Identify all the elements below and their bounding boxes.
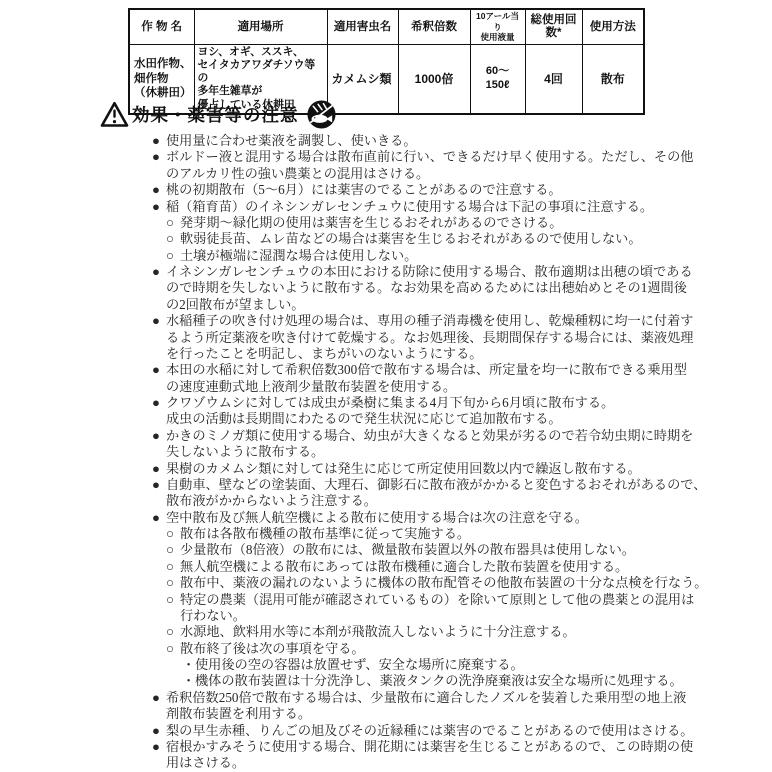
list-item: ●ボルドー液と混用する場合は散布直前に行い、できるだけ早く使用する。ただし、その… — [152, 149, 752, 182]
list-item: ●空中散布及び無人航空機による散布に使用する場合は次の注意を守る。 — [152, 510, 752, 526]
bullet-marker: ● — [152, 182, 166, 198]
item-text: 使用後の空の容器は放置せず、安全な場所に廃棄する。 — [195, 657, 524, 672]
list-item: ●イネシンガレセンチュウの本田における防除に使用する場合、散布適期は出穂の頃であ… — [152, 264, 752, 313]
fish-spray-prohibition-icon — [306, 99, 337, 130]
col-header-volume: 10アール当り 使用液量 — [470, 9, 525, 44]
item-text: 土壌が極端に湿潤な場合は使用しない。 — [180, 248, 417, 263]
item-text: 無人航空機による散布にあっては散布機種に適合した散布装置を使用する。 — [180, 559, 628, 574]
item-text: 梨の早生赤種、りんごの旭及びその近縁種には薬害のでることがあるので使用はさける。 — [166, 723, 694, 738]
list-item: ○散布中、薬液の漏れのないように機体の散布配管その他散布装置の十分な点検を行なう… — [166, 575, 752, 591]
bullet-marker: ● — [152, 477, 166, 493]
cell-dilution: 1000倍 — [398, 44, 470, 113]
list-item: ・機体の散布装置は十分洗浄し、薬液タンクの洗浄廃棄液は安全な場所に処理する。 — [182, 673, 752, 689]
item-text: 桃の初期散布（5～6月）には薬害のでることがあるので注意する。 — [166, 182, 562, 197]
bullet-marker: ・ — [182, 673, 195, 689]
bullet-marker: ● — [152, 461, 166, 477]
item-text: 水源地、飲料用水等に本剤が飛散流入しないように十分注意する。 — [180, 624, 576, 639]
document-page: { "colors": { "background": "#ffffff", "… — [0, 0, 772, 772]
table-header-row: 作 物 名 適用場所 適用害虫名 希釈倍数 10アール当り 使用液量 総使用回数… — [129, 9, 644, 44]
list-item: ○散布終了後は次の事項を守る。 — [166, 641, 752, 657]
caution-list: ●使用量に合わせ薬液を調製し、使いきる。●ボルドー液と混用する場合は散布直前に行… — [152, 133, 752, 772]
col-header-method: 使用方法 — [582, 9, 644, 44]
cell-count: 4回 — [525, 44, 582, 113]
bullet-marker: ○ — [166, 592, 180, 608]
list-item: ○水源地、飲料用水等に本剤が飛散流入しないように十分注意する。 — [166, 624, 752, 640]
list-item: ○散布は各散布機種の散布基準に従って実施する。 — [166, 526, 752, 542]
item-text: 軟弱徒長苗、ムレ苗などの場合は薬害を生じるおそれがあるので使用しない。 — [180, 231, 642, 246]
list-item: ●宿根かすみそうに使用する場合、開花期には薬害を生じることがあるので、この時期の… — [152, 739, 752, 772]
list-item: ●果樹のカメムシ類に対しては発生に応じて所定使用回数以内で繰返し散布する。 — [152, 461, 752, 477]
item-text: 本田の水稲に対して希釈倍数300倍で散布する場合は、所定量を均一に散布できる乗用… — [166, 362, 687, 393]
col-header-place: 適用場所 — [194, 9, 327, 44]
col-header-dilution: 希釈倍数 — [398, 9, 470, 44]
col-header-pest: 適用害虫名 — [327, 9, 398, 44]
list-item: ●梨の早生赤種、りんごの旭及びその近縁種には薬害のでることがあるので使用はさける… — [152, 723, 752, 739]
list-item: ○特定の農薬（混用可能が確認されているもの）を除いて原則として他の農薬との混用は… — [166, 592, 752, 625]
item-text: イネシンガレセンチュウの本田における防除に使用する場合、散布適期は出穂の頃である… — [166, 264, 693, 312]
bullet-marker: ○ — [166, 641, 180, 657]
list-item: ○軟弱徒長苗、ムレ苗などの場合は薬害を生じるおそれがあるので使用しない。 — [166, 231, 752, 247]
item-text: 発芽期～緑化期の使用は薬害を生じるおそれがあるのでさける。 — [180, 215, 562, 230]
item-text: クワゾウムシに対しては成虫が桑樹に集まる4月下旬から6月頃に散布する。 成虫の活… — [166, 395, 614, 426]
bullet-marker: ○ — [166, 559, 180, 575]
bullet-marker: ● — [152, 428, 166, 444]
list-item: ●使用量に合わせ薬液を調製し、使いきる。 — [152, 133, 752, 149]
bullet-marker: ● — [152, 313, 166, 329]
list-item: ●自動車、壁などの塗装面、大理石、御影石に散布液がかかると変色するおそれがあるの… — [152, 477, 752, 510]
bullet-marker: ● — [152, 199, 166, 215]
bullet-marker: ○ — [166, 624, 180, 640]
warning-triangle-icon — [100, 101, 129, 128]
item-text: 散布は各散布機種の散布基準に従って実施する。 — [180, 526, 470, 541]
item-text: 空中散布及び無人航空機による散布に使用する場合は次の注意を守る。 — [166, 510, 588, 525]
cell-pest: カメムシ類 — [327, 44, 398, 113]
bullet-marker: ● — [152, 264, 166, 280]
bullet-marker: ○ — [166, 231, 180, 247]
item-text: 散布中、薬液の漏れのないように機体の散布配管その他散布装置の十分な点検を行なう。 — [180, 575, 708, 590]
item-text: かきのミノガ類に使用する場合、幼虫が大きくなると効果が劣るので若令幼虫期に時期を… — [166, 428, 693, 459]
item-text: 使用量に合わせ薬液を調製し、使いきる。 — [166, 133, 417, 148]
bullet-marker: ● — [152, 133, 166, 149]
cell-volume: 60～ 150ℓ — [470, 44, 525, 113]
col-header-crop: 作 物 名 — [129, 9, 194, 44]
item-text: 水稲種子の吹き付け処理の場合は、専用の種子消毒機を使用し、乾燥種籾に均一に付着す… — [166, 313, 694, 361]
list-item: ○無人航空機による散布にあっては散布機種に適合した散布装置を使用する。 — [166, 559, 752, 575]
bullet-marker: ● — [152, 739, 166, 755]
bullet-marker: ● — [152, 395, 166, 411]
item-text: ボルドー液と混用する場合は散布直前に行い、できるだけ早く使用する。ただし、その他… — [166, 149, 694, 180]
list-item: ・使用後の空の容器は放置せず、安全な場所に廃棄する。 — [182, 657, 752, 673]
bullet-marker: ● — [152, 510, 166, 526]
bullet-marker: ● — [152, 362, 166, 378]
caution-heading: 効果・薬害等の注意 — [100, 97, 337, 131]
bullet-marker: ○ — [166, 248, 180, 264]
col-header-count: 総使用回数* — [525, 9, 582, 44]
bullet-marker: ○ — [166, 526, 180, 542]
item-text: 特定の農薬（混用可能が確認されているもの）を除いて原則として他の農薬との混用は … — [180, 592, 694, 623]
item-text: 自動車、壁などの塗装面、大理石、御影石に散布液がかかると変色するおそれがあるので… — [166, 477, 706, 508]
item-text: 散布終了後は次の事項を守る。 — [180, 641, 365, 656]
cell-method: 散布 — [582, 44, 644, 113]
bullet-marker: ● — [152, 723, 166, 739]
item-text: 稲（箱育苗）のイネシンガレセンチュウに使用する場合は下記の事項に注意する。 — [166, 199, 653, 214]
bullet-marker: ● — [152, 690, 166, 706]
item-text: 少量散布（8倍液）の散布には、微量散布装置以外の散布器具は使用しない。 — [180, 542, 635, 557]
list-item: ○少量散布（8倍液）の散布には、微量散布装置以外の散布器具は使用しない。 — [166, 542, 752, 558]
item-text: 宿根かすみそうに使用する場合、開花期には薬害を生じることがあるので、この時期の使… — [166, 739, 693, 770]
list-item: ●本田の水稲に対して希釈倍数300倍で散布する場合は、所定量を均一に散布できる乗… — [152, 362, 752, 395]
list-item: ●水稲種子の吹き付け処理の場合は、専用の種子消毒機を使用し、乾燥種籾に均一に付着… — [152, 313, 752, 362]
item-text: 機体の散布装置は十分洗浄し、薬液タンクの洗浄廃棄液は安全な場所に処理する。 — [195, 673, 683, 688]
item-text: 果樹のカメムシ類に対しては発生に応じて所定使用回数以内で繰返し散布する。 — [166, 461, 641, 476]
list-item: ●かきのミノガ類に使用する場合、幼虫が大きくなると効果が劣るので若令幼虫期に時期… — [152, 428, 752, 461]
bullet-marker: ・ — [182, 657, 195, 673]
list-item: ●クワゾウムシに対しては成虫が桑樹に集まる4月下旬から6月頃に散布する。 成虫の… — [152, 395, 752, 428]
bullet-marker: ○ — [166, 215, 180, 231]
list-item: ●稲（箱育苗）のイネシンガレセンチュウに使用する場合は下記の事項に注意する。 — [152, 199, 752, 215]
caution-title: 効果・薬害等の注意 — [132, 102, 299, 127]
list-item: ●桃の初期散布（5～6月）には薬害のでることがあるので注意する。 — [152, 182, 752, 198]
bullet-marker: ○ — [166, 542, 180, 558]
bullet-marker: ○ — [166, 575, 180, 591]
bullet-marker: ● — [152, 149, 166, 165]
list-item: ○発芽期～緑化期の使用は薬害を生じるおそれがあるのでさける。 — [166, 215, 752, 231]
item-text: 希釈倍数250倍で散布する場合は、少量散布に適合したノズルを装着した乗用型の地上… — [166, 690, 686, 721]
list-item: ○土壌が極端に湿潤な場合は使用しない。 — [166, 248, 752, 264]
list-item: ●希釈倍数250倍で散布する場合は、少量散布に適合したノズルを装着した乗用型の地… — [152, 690, 752, 723]
